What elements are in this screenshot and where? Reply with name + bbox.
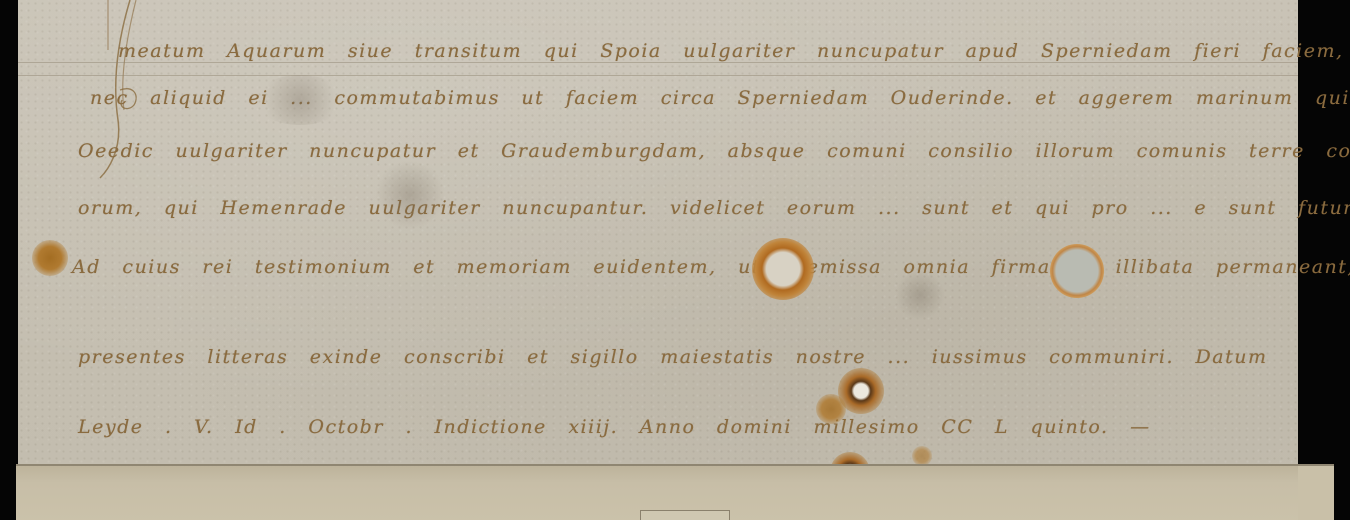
damaged-hole (1050, 244, 1104, 298)
text-line-6: presentes litteras exinde conscribi et s… (78, 346, 1268, 368)
ink-stain (32, 240, 68, 276)
text-line-1: meatum Aquarum siue transitum qui Spoia … (118, 40, 1344, 62)
parchment-sheet (18, 0, 1298, 466)
smudge (375, 160, 445, 230)
text-line-7-dating-clause: Leyde . V. Id . Octobr . Indictione xiii… (78, 416, 1151, 438)
ruling-line (18, 62, 1298, 63)
text-line-4: orum, qui Hemenrade uulgariter nuncupant… (78, 197, 1350, 219)
damaged-hole (752, 238, 814, 300)
ruling-line (18, 75, 1298, 76)
ink-stain (912, 446, 932, 466)
fold-edge (1298, 466, 1334, 520)
smudge (255, 75, 345, 125)
seal-slit (640, 510, 730, 520)
text-line-3: Oeedic uulgariter nuncupatur et Graudemb… (78, 140, 1350, 162)
smudge (895, 270, 945, 320)
ink-stain (816, 394, 846, 424)
text-line-5: Ad cuius rei testimonium et memoriam eui… (72, 256, 1350, 278)
